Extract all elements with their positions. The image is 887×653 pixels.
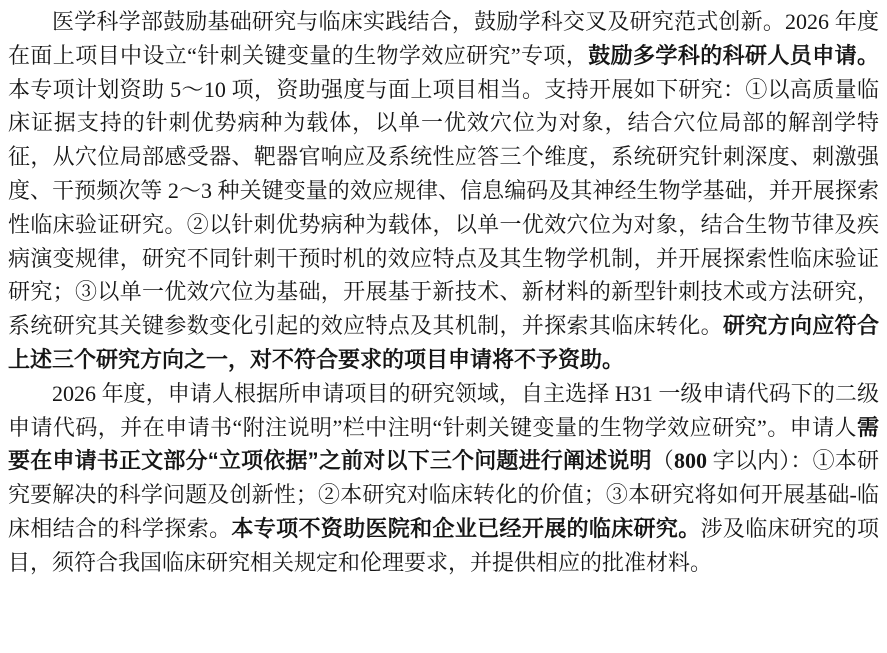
paragraph: 医学科学部鼓励基础研究与临床实践结合，鼓励学科交叉及研究范式创新。2026 年度…: [8, 5, 879, 377]
document-body: 医学科学部鼓励基础研究与临床实践结合，鼓励学科交叉及研究范式创新。2026 年度…: [8, 5, 879, 580]
text-run: （: [652, 448, 674, 473]
text-run-bold: 鼓励多学科的科研人员申请。: [588, 43, 879, 68]
text-run-bold: 800: [674, 448, 707, 473]
document: 医学科学部鼓励基础研究与临床实践结合，鼓励学科交叉及研究范式创新。2026 年度…: [0, 0, 887, 653]
paragraph: 2026 年度，申请人根据所申请项目的研究领域，自主选择 H31 一级申请代码下…: [8, 377, 879, 580]
text-run: 本专项计划资助 5～10 项，资助强度与面上项目相当。支持开展如下研究：①以高质…: [8, 77, 879, 339]
document-page: { "colors": { "background": "#ffffff", "…: [0, 0, 887, 653]
text-run: 2026 年度，申请人根据所申请项目的研究领域，自主选择 H31 一级申请代码下…: [8, 381, 879, 440]
text-run-bold: 本专项不资助医院和企业已经开展的临床研究。: [231, 516, 700, 541]
